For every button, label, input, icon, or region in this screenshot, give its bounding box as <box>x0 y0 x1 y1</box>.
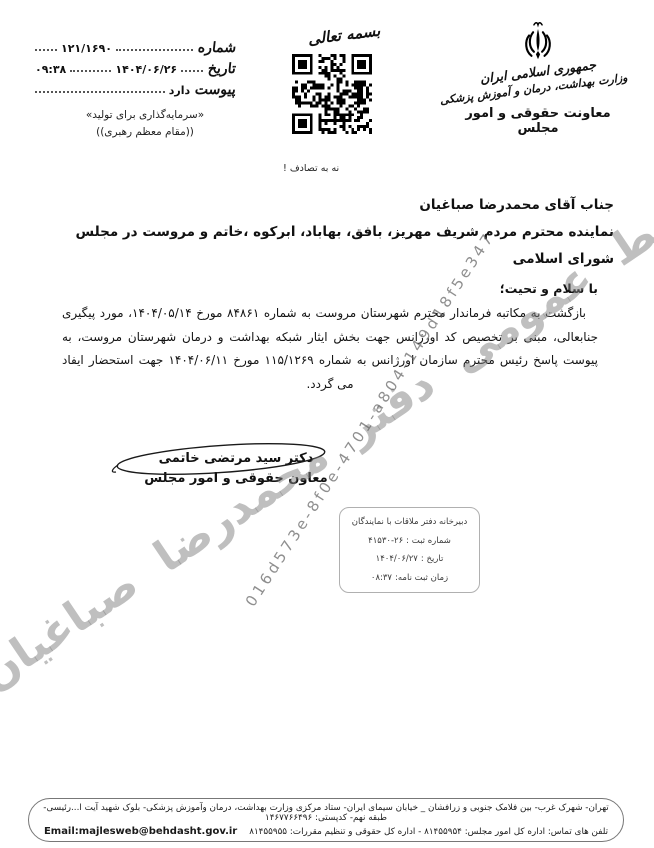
campaign-slogan: نه به تصادف ! <box>283 163 339 174</box>
year-slogan-line2: ((مقام معظم رهبری)) <box>55 124 235 141</box>
bismillah-calligraphy: بسمه تعالی <box>297 20 391 49</box>
stamp-office: دبیرخانه دفتر ملاقات با نمایندگان <box>352 517 467 527</box>
salutation: با سلام و تحیت؛ <box>500 281 598 296</box>
signatory-title: معاون حقوقی و امور مجلس <box>126 471 346 486</box>
stamp-reg-value: ۴۱۵۳۰-۲۶ <box>368 536 403 546</box>
year-slogan: «سرمایه‌گذاری برای تولید» ((مقام معظم ره… <box>55 107 235 141</box>
stamp-date-value: ۱۴۰۴/۰۶/۲۷ <box>376 554 418 564</box>
dotted-leader <box>70 70 111 72</box>
dotted-leader <box>35 49 57 51</box>
stamp-reg-label: شماره ثبت : <box>406 536 451 546</box>
letter-number-label: شماره <box>196 41 236 55</box>
registration-stamp: دبیرخانه دفتر ملاقات با نمایندگان شماره … <box>339 507 480 593</box>
dotted-leader <box>116 49 193 51</box>
stamp-date-row: تاریخ : ۱۴۰۴/۰۶/۲۷ <box>376 554 444 564</box>
letterhead: جمهوری اسلامی ایران وزارت بهداشت، درمان … <box>448 20 628 136</box>
letter-time-value: ۰۹:۳۸ <box>35 63 66 76</box>
footer-email: Email:majlesweb@behdasht.gov.ir <box>44 826 237 837</box>
letter-body: بازگشت به مکاتبه فرماندار محترم شهرستان … <box>62 302 598 396</box>
dotted-leader <box>181 70 203 72</box>
letter-attachment-label: پیوست <box>193 83 236 97</box>
letter-date-row: تاریخ ۱۴۰۴/۰۶/۲۶ ۰۹:۳۸ <box>35 55 235 76</box>
scanned-letter-page: { "meta": { "number_label": "شماره", "nu… <box>0 0 654 848</box>
recipient-name: جناب آقای محمدرضا صباغیان <box>40 192 614 219</box>
stamp-time-label: زمان ثبت نامه: <box>395 573 448 583</box>
stamp-time-row: زمان ثبت نامه: ۰۸:۳۷ <box>371 573 448 583</box>
stamp-time-value: ۰۸:۳۷ <box>371 573 392 583</box>
recipient-block: جناب آقای محمدرضا صباغیان نماینده محترم … <box>40 192 614 273</box>
letter-attachment-value: دارد <box>169 84 190 97</box>
letter-attachment-row: پیوست دارد <box>35 76 235 97</box>
qr-code <box>292 54 372 134</box>
footer-phones: تلفن های تماس: اداره کل امور مجلس: ۸۱۴۵۵… <box>249 827 608 837</box>
stamp-date-label: تاریخ : <box>421 554 443 564</box>
letter-number-row: شماره ۱۲۱/۱۶۹۰ <box>35 34 235 55</box>
letter-number-value: ۱۲۱/۱۶۹۰ <box>61 42 112 55</box>
year-slogan-line1: «سرمایه‌گذاری برای تولید» <box>55 107 235 124</box>
footer-contacts-row: تلفن های تماس: اداره کل امور مجلس: ۸۱۴۵۵… <box>41 826 611 837</box>
footer-contact-box: تهران- شهرک غرب- بین فلامک جنوبی و زرافش… <box>28 798 624 842</box>
signatory-name: دکتر سید مرتضی خاتمی <box>153 449 320 468</box>
signature-block: دکتر سید مرتضی خاتمی معاون حقوقی و امور … <box>126 447 346 486</box>
footer-address: تهران- شهرک غرب- بین فلامک جنوبی و زرافش… <box>41 803 611 823</box>
dotted-leader <box>35 91 165 93</box>
letter-meta-block: شماره ۱۲۱/۱۶۹۰ تاریخ ۱۴۰۴/۰۶/۲۶ ۰۹:۳۸ پی… <box>35 34 235 141</box>
stamp-reg-row: شماره ثبت : ۴۱۵۳۰-۲۶ <box>368 536 451 546</box>
department-name: معاونت حقوقی و امور مجلس <box>448 106 628 136</box>
recipient-title: نماینده محترم مردم شریف مهریز، بافق، بها… <box>40 219 614 273</box>
letter-date-label: تاریخ <box>206 62 236 76</box>
letter-date-value: ۱۴۰۴/۰۶/۲۶ <box>115 63 177 76</box>
